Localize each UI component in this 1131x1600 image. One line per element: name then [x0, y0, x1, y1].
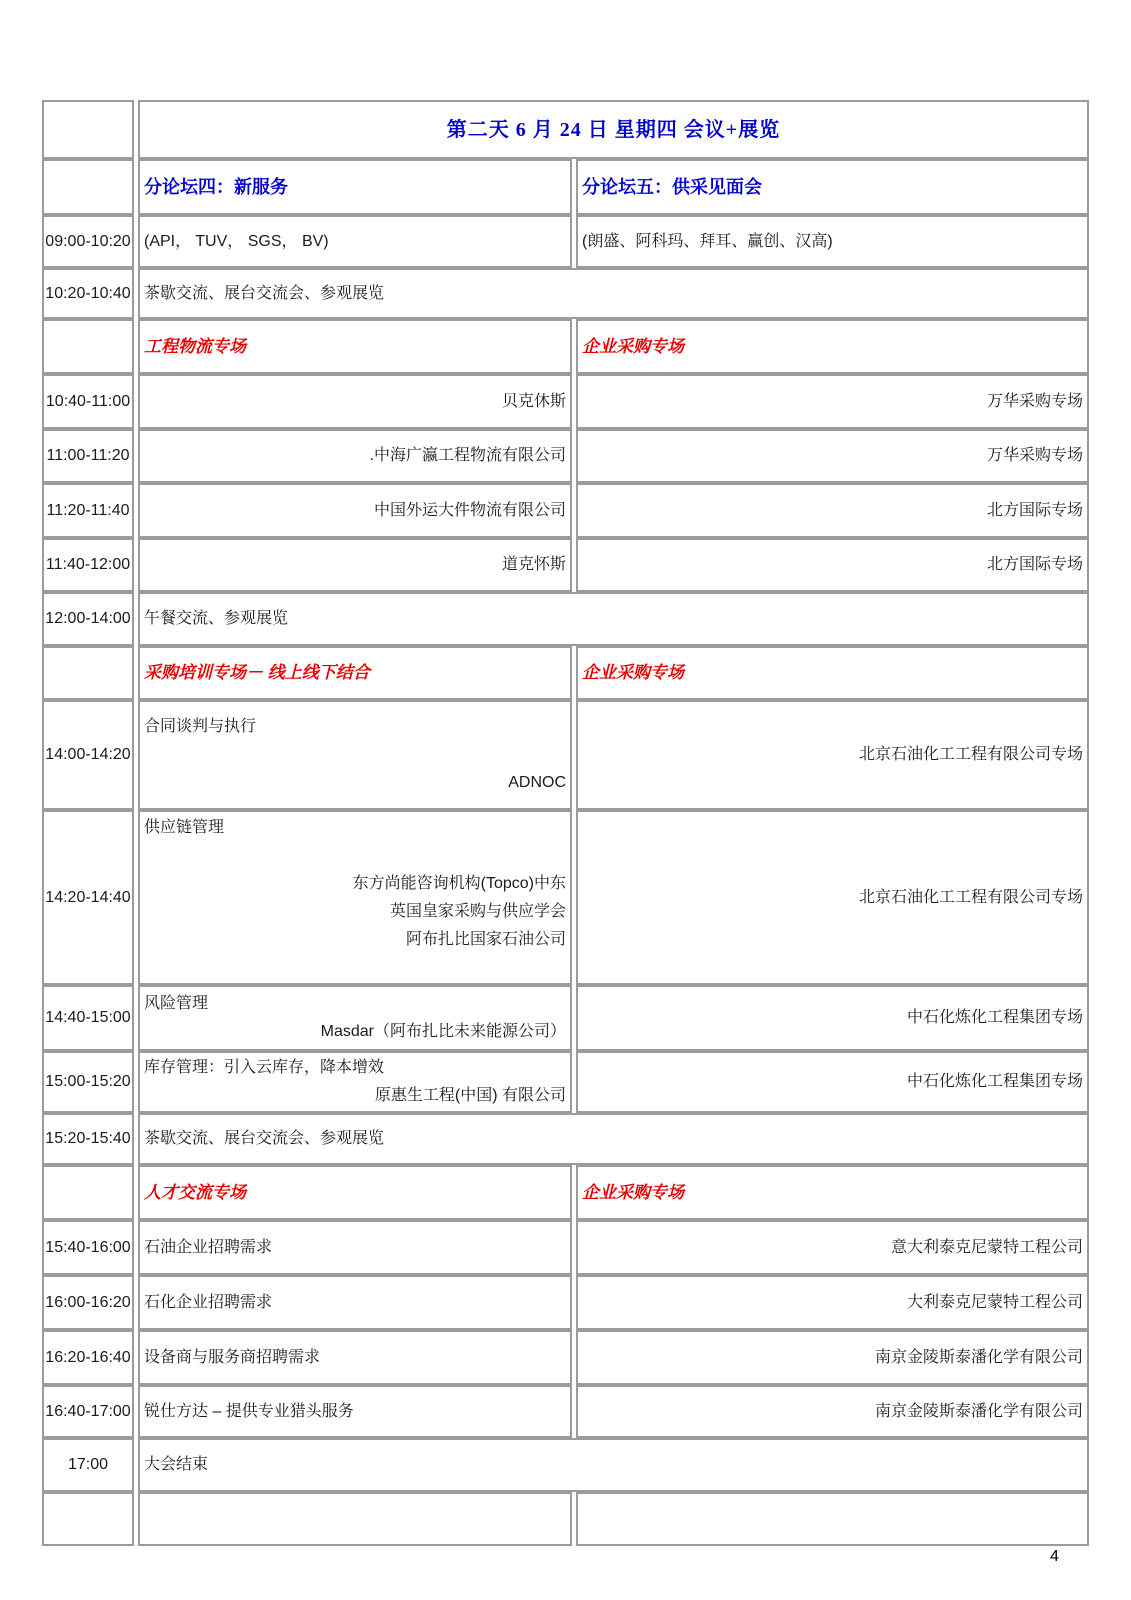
session-text: 供应链管理 [144, 814, 566, 842]
session-text: 企业采购专场 [582, 659, 1083, 687]
session-cell [138, 1492, 572, 1546]
session-cell: 库存管理：引入云库存，降本增效原惠生工程(中国) 有限公司 [138, 1051, 572, 1113]
section-header: 工程物流专场 [138, 319, 572, 374]
schedule-row: 分论坛四：新服务分论坛五：供采见面会 [42, 159, 1089, 215]
time-cell [42, 159, 134, 215]
session-cell: 设备商与服务商招聘需求 [138, 1330, 572, 1385]
session-cell: 午餐交流、参观展览 [138, 592, 1089, 646]
session-cell: 茶歇交流、展台交流会、参观展览 [138, 268, 1089, 319]
session-text: 万华采购专场 [582, 388, 1083, 416]
session-text: 北方国际专场 [582, 497, 1083, 525]
section-header: 人才交流专场 [138, 1165, 572, 1220]
schedule-row: 16:40-17:00锐仕方达 – 提供专业猎头服务南京金陵斯泰潘化学有限公司 [42, 1385, 1089, 1438]
session-text: 中国外运大件物流有限公司 [144, 497, 566, 525]
session-text: 茶歇交流、展台交流会、参观展览 [144, 1125, 1083, 1153]
session-text: 北方国际专场 [582, 551, 1083, 579]
session-text: 设备商与服务商招聘需求 [144, 1344, 566, 1372]
session-cell: (API， TUV， SGS， BV) [138, 215, 572, 268]
time-cell: 14:00-14:20 [42, 700, 134, 810]
time-cell: 11:20-11:40 [42, 483, 134, 538]
session-text [144, 741, 566, 769]
session-text: 中石化炼化工程集团专场 [582, 1068, 1083, 1096]
session-text: 大会结束 [144, 1451, 1083, 1479]
session-cell: 南京金陵斯泰潘化学有限公司 [576, 1330, 1089, 1385]
session-text [144, 954, 566, 982]
session-cell: 意大利泰克尼蒙特工程公司 [576, 1220, 1089, 1275]
time-cell: 17:00 [42, 1438, 134, 1492]
time-cell [42, 100, 134, 159]
session-text: 道克怀斯 [144, 551, 566, 579]
session-text: 工程物流专场 [144, 333, 566, 361]
session-cell: 合同谈判与执行ADNOC [138, 700, 572, 810]
session-text: 英国皇家采购与供应学会 [144, 898, 566, 926]
session-cell: 茶歇交流、展台交流会、参观展览 [138, 1113, 1089, 1165]
session-cell: 北京石油化工工程有限公司专场 [576, 700, 1089, 810]
session-cell: 北方国际专场 [576, 538, 1089, 592]
forum-header-4: 分论坛四：新服务 [138, 159, 572, 215]
schedule-row: 09:00-10:20(API， TUV， SGS， BV)(朗盛、阿科玛、拜耳… [42, 215, 1089, 268]
schedule-row: 15:00-15:20库存管理：引入云库存，降本增效原惠生工程(中国) 有限公司… [42, 1051, 1089, 1113]
session-cell: 中国外运大件物流有限公司 [138, 483, 572, 538]
session-text: (API， TUV， SGS， BV) [144, 228, 566, 256]
session-cell: (朗盛、阿科玛、拜耳、赢创、汉高) [576, 215, 1089, 268]
time-cell: 15:40-16:00 [42, 1220, 134, 1275]
time-cell: 15:00-15:20 [42, 1051, 134, 1113]
session-text [144, 842, 566, 870]
conference-schedule-table: 第二天 6 月 24 日 星期四 会议+展览分论坛四：新服务分论坛五：供采见面会… [38, 100, 1093, 1546]
schedule-row: 工程物流专场企业采购专场 [42, 319, 1089, 374]
session-cell [576, 1492, 1089, 1546]
session-cell: 北京石油化工工程有限公司专场 [576, 810, 1089, 985]
schedule-row: 14:00-14:20合同谈判与执行ADNOC北京石油化工工程有限公司专场 [42, 700, 1089, 810]
page-number: 4 [1050, 1548, 1059, 1566]
session-text: 茶歇交流、展台交流会、参观展览 [144, 280, 1083, 308]
session-text: 采购培训专场－ 线上线下结合 [144, 659, 566, 687]
session-cell: 南京金陵斯泰潘化学有限公司 [576, 1385, 1089, 1438]
session-text: 东方尚能咨询机构(Topco)中东 [144, 870, 566, 898]
schedule-row: 采购培训专场－ 线上线下结合企业采购专场 [42, 646, 1089, 700]
session-text: (朗盛、阿科玛、拜耳、赢创、汉高) [582, 228, 1083, 256]
session-text: 午餐交流、参观展览 [144, 605, 1083, 633]
schedule-row: 11:20-11:40中国外运大件物流有限公司北方国际专场 [42, 483, 1089, 538]
session-cell: 中石化炼化工程集团专场 [576, 985, 1089, 1051]
schedule-row: 14:40-15:00风险管理Masdar（阿布扎比未来能源公司）中石化炼化工程… [42, 985, 1089, 1051]
session-text: 阿布扎比国家石油公司 [144, 926, 566, 954]
session-text: 企业采购专场 [582, 333, 1083, 361]
session-text: 北京石油化工工程有限公司专场 [582, 884, 1083, 912]
session-text: 石化企业招聘需求 [144, 1289, 566, 1317]
schedule-row: 11:40-12:00道克怀斯北方国际专场 [42, 538, 1089, 592]
session-text: 南京金陵斯泰潘化学有限公司 [582, 1344, 1083, 1372]
time-cell: 10:40-11:00 [42, 374, 134, 429]
schedule-row: 人才交流专场企业采购专场 [42, 1165, 1089, 1220]
section-header: 企业采购专场 [576, 319, 1089, 374]
schedule-row: 12:00-14:00午餐交流、参观展览 [42, 592, 1089, 646]
section-header: 采购培训专场－ 线上线下结合 [138, 646, 572, 700]
time-cell: 14:40-15:00 [42, 985, 134, 1051]
time-cell [42, 319, 134, 374]
session-cell: 风险管理Masdar（阿布扎比未来能源公司） [138, 985, 572, 1051]
time-cell [42, 1165, 134, 1220]
time-cell: 16:00-16:20 [42, 1275, 134, 1330]
time-cell: 16:20-16:40 [42, 1330, 134, 1385]
section-header: 企业采购专场 [576, 646, 1089, 700]
schedule-row: 15:20-15:40茶歇交流、展台交流会、参观展览 [42, 1113, 1089, 1165]
time-cell: 14:20-14:40 [42, 810, 134, 985]
session-cell: 大利泰克尼蒙特工程公司 [576, 1275, 1089, 1330]
schedule-row: 17:00大会结束 [42, 1438, 1089, 1492]
session-cell: 大会结束 [138, 1438, 1089, 1492]
session-text: 企业采购专场 [582, 1179, 1083, 1207]
time-cell: 09:00-10:20 [42, 215, 134, 268]
session-text: 合同谈判与执行 [144, 713, 566, 741]
section-header: 企业采购专场 [576, 1165, 1089, 1220]
time-cell: 15:20-15:40 [42, 1113, 134, 1165]
schedule-row: 16:20-16:40设备商与服务商招聘需求南京金陵斯泰潘化学有限公司 [42, 1330, 1089, 1385]
time-cell: 10:20-10:40 [42, 268, 134, 319]
session-text: 库存管理：引入云库存，降本增效 [144, 1054, 566, 1082]
schedule-row [42, 1492, 1089, 1546]
time-cell: 16:40-17:00 [42, 1385, 134, 1438]
schedule-row: 16:00-16:20石化企业招聘需求大利泰克尼蒙特工程公司 [42, 1275, 1089, 1330]
schedule-row: 10:20-10:40茶歇交流、展台交流会、参观展览 [42, 268, 1089, 319]
session-text: 风险管理 [144, 990, 566, 1018]
session-text: 北京石油化工工程有限公司专场 [582, 741, 1083, 769]
session-cell: 供应链管理东方尚能咨询机构(Topco)中东英国皇家采购与供应学会阿布扎比国家石… [138, 810, 572, 985]
session-text: 第二天 6 月 24 日 星期四 会议+展览 [144, 116, 1083, 144]
session-text: 贝克休斯 [144, 388, 566, 416]
session-text: 大利泰克尼蒙特工程公司 [582, 1289, 1083, 1317]
session-text: 石油企业招聘需求 [144, 1234, 566, 1262]
forum-header-5: 分论坛五：供采见面会 [576, 159, 1089, 215]
schedule-row: 10:40-11:00贝克休斯万华采购专场 [42, 374, 1089, 429]
session-text: 人才交流专场 [144, 1179, 566, 1207]
session-text: Masdar（阿布扎比未来能源公司） [144, 1018, 566, 1046]
session-text: 意大利泰克尼蒙特工程公司 [582, 1234, 1083, 1262]
session-text: 万华采购专场 [582, 442, 1083, 470]
session-text: 原惠生工程(中国) 有限公司 [144, 1082, 566, 1110]
schedule-row: 第二天 6 月 24 日 星期四 会议+展览 [42, 100, 1089, 159]
session-cell: 石化企业招聘需求 [138, 1275, 572, 1330]
time-cell: 11:40-12:00 [42, 538, 134, 592]
session-text: 南京金陵斯泰潘化学有限公司 [582, 1398, 1083, 1426]
session-cell: 万华采购专场 [576, 374, 1089, 429]
schedule-row: 11:00-11:20.中海广瀛工程物流有限公司万华采购专场 [42, 429, 1089, 483]
time-cell [42, 1492, 134, 1546]
session-text: .中海广瀛工程物流有限公司 [144, 442, 566, 470]
session-text: 锐仕方达 – 提供专业猎头服务 [144, 1398, 566, 1426]
session-text: ADNOC [144, 769, 566, 797]
session-cell: .中海广瀛工程物流有限公司 [138, 429, 572, 483]
schedule-row: 15:40-16:00石油企业招聘需求意大利泰克尼蒙特工程公司 [42, 1220, 1089, 1275]
session-text: 分论坛五：供采见面会 [582, 173, 1083, 201]
session-cell: 锐仕方达 – 提供专业猎头服务 [138, 1385, 572, 1438]
session-cell: 北方国际专场 [576, 483, 1089, 538]
schedule-row: 14:20-14:40供应链管理东方尚能咨询机构(Topco)中东英国皇家采购与… [42, 810, 1089, 985]
time-cell: 11:00-11:20 [42, 429, 134, 483]
schedule-body: 第二天 6 月 24 日 星期四 会议+展览分论坛四：新服务分论坛五：供采见面会… [42, 100, 1089, 1546]
session-cell: 石油企业招聘需求 [138, 1220, 572, 1275]
session-cell: 贝克休斯 [138, 374, 572, 429]
session-cell: 万华采购专场 [576, 429, 1089, 483]
session-cell: 道克怀斯 [138, 538, 572, 592]
session-text: 中石化炼化工程集团专场 [582, 1004, 1083, 1032]
time-cell: 12:00-14:00 [42, 592, 134, 646]
day-title: 第二天 6 月 24 日 星期四 会议+展览 [138, 100, 1089, 159]
session-cell: 中石化炼化工程集团专场 [576, 1051, 1089, 1113]
time-cell [42, 646, 134, 700]
session-text: 分论坛四：新服务 [144, 173, 566, 201]
